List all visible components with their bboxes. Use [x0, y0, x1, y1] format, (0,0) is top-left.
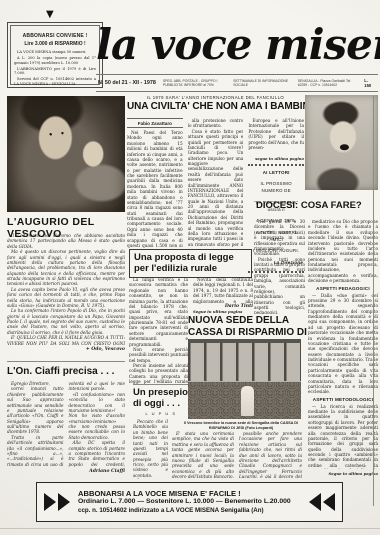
- ciaffi-headline: L'On. Ciaffi precisa . . .: [7, 366, 125, 377]
- cassa-photo-caption: Il Vescovo benedice la nuova sede di Sen…: [180, 421, 302, 431]
- photo-laughing-baby: [305, 95, 378, 190]
- dateline-bar: N. 50 del 21 - XII - 1978 SPED. ABB. POS…: [96, 74, 378, 92]
- diocesi-col2-metodologici-text: — La ricerca si realizzerà mediante la s…: [308, 404, 378, 469]
- lead-col3-text: Europea e all'Unione Internazionale per …: [248, 118, 304, 156]
- proposta-continua-tag: Segue in ultima pagina: [193, 309, 253, 314]
- divider-rule: [7, 361, 125, 362]
- diocesi-headline: DIOCESI: COSA FARE?: [256, 200, 378, 211]
- right-triangle-icon: [58, 493, 70, 511]
- bottom-rule: [0, 528, 380, 529]
- vescovo-article-text: Il Leit motiv del discorso che abbiamo a…: [7, 233, 125, 345]
- diocesi-col2: mediatrice su Dio che propone e l'uomo c…: [308, 219, 378, 469]
- divider-rule: [133, 384, 193, 385]
- photo-windows-detail: [188, 339, 301, 381]
- subscribe-promo-subtitle: Lire 3.000 di RISPARMIO !: [14, 41, 96, 47]
- price-label: L. 150: [364, 78, 378, 88]
- banner-line3: ccp. n. 10514602 indirizzato a LA VOCE M…: [78, 507, 301, 515]
- lead-column-1: Fabio Zavattaro Nei Paesi del Terzo Mond…: [127, 118, 183, 247]
- diocesi-subhead-metodologici: ASPETTI METODOLOGICI: [308, 397, 378, 402]
- diocesi-col1-intro: Nei giorni 29 e 30 dicembre la Diocesi (…: [254, 219, 305, 314]
- cassa-columns: E' stata una cerimonia semplice, ma che …: [172, 431, 302, 478]
- subscribe-promo-box: ABBONARSI CONVIENE ! Lire 3.000 di RISPA…: [7, 22, 103, 88]
- proposta-col1-text: La lunga verifica e la successiva normat…: [129, 277, 188, 385]
- rewind-icon: [309, 493, 335, 511]
- lead-continua-tag: segue in ultima pagina: [248, 156, 304, 161]
- lead-headline: UNA CIVILTA' CHE NON AMA I BAMBINI: [127, 101, 304, 112]
- lead-kicker: IL 1979 SARA' L'ANNO INTERNAZIONALE DEL …: [127, 95, 304, 100]
- banner-line1: ABBONARSI A LA VOCE MISENA E' FACILE !: [78, 489, 301, 498]
- proposta-col2-text: Novità della continuità delle leggi regi…: [193, 277, 253, 304]
- left-triangle-icon: [309, 493, 321, 511]
- banner-line2: Ordinario L. 7.000 — Sostenitore L. 10.0…: [78, 498, 301, 507]
- subscribe-promo-title: ABBONARSI CONVIENE !: [14, 33, 96, 39]
- newspaper-page: ▼ ABBONARSI CONVIENE ! Lire 3.000 di RIS…: [0, 0, 380, 535]
- proposta-headline-box: Una proposta di legge per l'edilizia rur…: [129, 249, 252, 278]
- presepio-headline: Un presepio di oggi . . .: [133, 388, 193, 409]
- vescovo-signature: + Odo, Vescovo: [40, 347, 125, 352]
- diocesi-subhead-pedagogici: ASPETTI PEDAGOGICI: [308, 286, 378, 291]
- issue-number: N. 50 del 21 - XII - 1978: [96, 80, 156, 86]
- fast-forward-icon: [44, 493, 70, 511]
- banner-text: ABBONARSI A LA VOCE MISENA E' FACILE ! O…: [70, 489, 309, 515]
- ciaffi-signature: Adriano Ciaffi: [60, 469, 125, 474]
- presepio-byline: L U P U S: [133, 411, 189, 416]
- presepio-text: Peccato che il Bambinello sia un bimbo b…: [133, 419, 168, 479]
- down-arrow-icon: ▼: [46, 10, 54, 20]
- left-triangle-icon: [323, 493, 335, 511]
- subscribe-promo-inner: ABBONARSI CONVIENE ! Lire 3.000 di RISPA…: [10, 25, 100, 85]
- address-info: SENIGALLIA - Piazza Garibaldi Tel. 62259…: [298, 79, 357, 88]
- right-triangle-icon: [44, 493, 56, 511]
- cassa-col1-text: E' stata una cerimonia semplice, ma che …: [172, 431, 234, 478]
- lead-col1-text: Nei Paesi del Terzo Mondo ogni anno muoi…: [127, 130, 183, 248]
- photo-bishop-figure: [241, 386, 254, 416]
- masthead-title: la voce misena: [96, 18, 378, 72]
- lead-byline: Fabio Zavattaro: [127, 118, 183, 128]
- cassa-col2-text: possibile anche prendere l'occasione per…: [239, 431, 302, 478]
- diocesi-continua-tag: Segue in ultima pagina: [308, 471, 378, 476]
- ciaffi-letter-text: Egregio Direttore,vorrei innanzi tutto c…: [7, 381, 125, 467]
- lead-col2-text: alla protezione contro lo sfruttamento.C…: [188, 118, 244, 247]
- page-edge-line: [373, 96, 374, 506]
- subscribe-promo-text: LA VOCE MISENA stampa 50 numeri.A L. 200…: [14, 50, 96, 87]
- photo-mother-and-child: [7, 96, 125, 212]
- weekly-tagline: SETTIMANALE DI INFORMAZIONE SOCIALE: [233, 79, 290, 88]
- photo-bank-inauguration: [188, 339, 301, 419]
- postal-info: SPED. ABB. POSTALE - GRUPPO I PUBBLICITA…: [163, 79, 226, 88]
- diocesi-col1: Nei giorni 29 e 30 dicembre la Diocesi (…: [254, 219, 305, 314]
- subscription-banner: ABBONARSI A LA VOCE MISENA E' FACILE ! O…: [36, 482, 343, 522]
- diocesi-col2-pedagogici-text: — Dalla «due giorni» del prossimo 29 e 3…: [308, 293, 378, 395]
- notice-title: AI LETTORI: [249, 170, 303, 177]
- diocesi-col2-intro: mediatrice su Dio che propone e l'uomo c…: [308, 219, 378, 284]
